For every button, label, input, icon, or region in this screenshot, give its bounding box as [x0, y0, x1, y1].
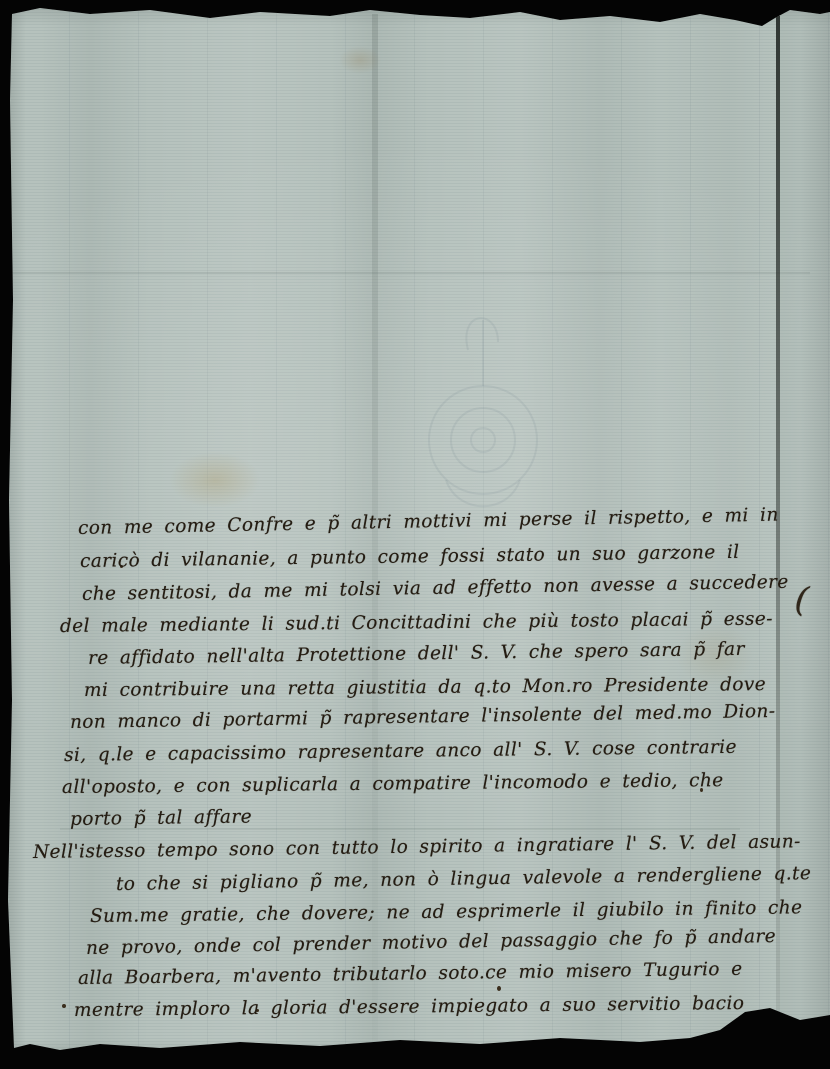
letter-line: del male mediante li sud.ti Concittadini… [60, 609, 773, 637]
letter-line: re affidato nell'alta Protettione dell' … [88, 639, 745, 669]
manuscript-paper: ( con me come Confre e p̃ altri mottivi … [0, 0, 830, 1069]
letter-body: con me come Confre e p̃ altri mottivi mi… [0, 0, 830, 1069]
letter-line: ne provo, onde col prender motivo del pa… [86, 926, 776, 959]
scan-background: { "document": { "kind": "handwritten-let… [0, 0, 830, 1069]
letter-line: Nell'istesso tempo sono con tutto lo spi… [33, 831, 801, 863]
letter-line: alla Boarbera, m'avento tributarlo soto.… [78, 959, 743, 989]
letter-line: Sum.me gratie, che dovere; ne ad esprime… [90, 897, 803, 927]
letter-line: caricò di vilananie, a punto come fossi … [80, 542, 740, 572]
black-scan-margin: ( con me come Confre e p̃ altri mottivi … [0, 0, 830, 1069]
letter-line: che sentitosi, da me mi tolsi via ad eff… [82, 572, 789, 605]
letter-line: to che si pigliano p̃ me, non ò lingua v… [116, 863, 812, 895]
letter-line: all'oposto, e con suplicarla a compatire… [62, 770, 724, 798]
letter-line: con me come Confre e p̃ altri mottivi mi… [78, 505, 779, 539]
letter-line: si, q.le e capacissimo rapresentare anco… [64, 737, 737, 766]
letter-line: porto p̃ tal affare [70, 806, 252, 830]
letter-line: non manco di portarmi p̃ rapresentare l'… [70, 701, 776, 733]
letter-line: mentre imploro la gloria d'essere impieg… [74, 993, 745, 1021]
letter-line: mi contribuire una retta giustitia da q.… [84, 674, 766, 701]
